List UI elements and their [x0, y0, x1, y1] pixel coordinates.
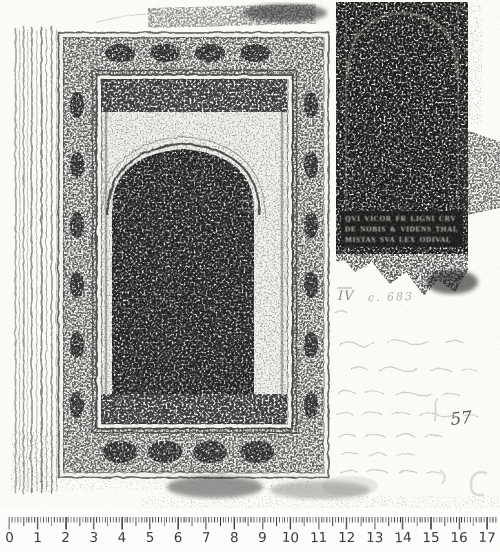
paper-grain-overlay [0, 0, 500, 552]
scanned-rubbing-sheet: QVI VICOR FR LIGNI CRV DE NOBIS & VIDENS… [0, 0, 500, 552]
rubbing-artwork: QVI VICOR FR LIGNI CRV DE NOBIS & VIDENS… [0, 0, 500, 552]
